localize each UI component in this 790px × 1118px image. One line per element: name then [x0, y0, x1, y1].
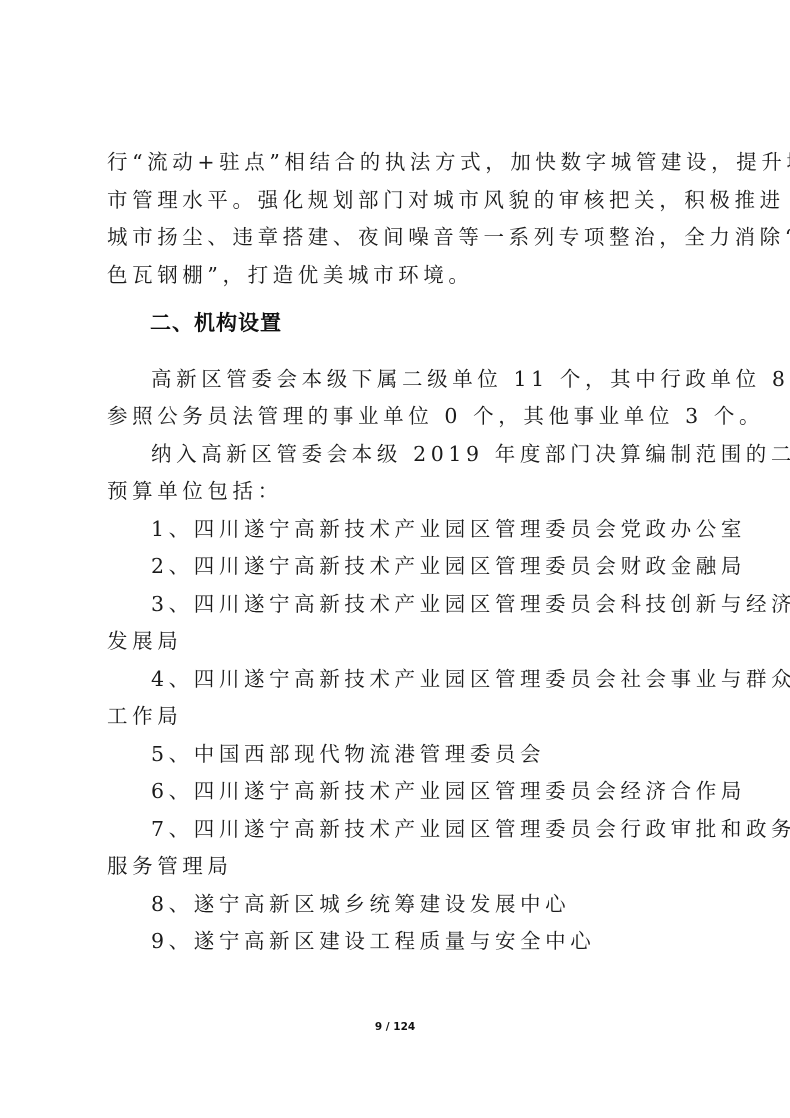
list-item: 4、四川遂宁高新技术产业园区管理委员会社会事业与群众 工作局 — [107, 661, 707, 736]
text-line: 行“流动+驻点”相结合的执法方式，加快数字城管建设，提升城 — [107, 144, 707, 182]
list-item-text: 5、中国西部现代物流港管理委员会 — [107, 736, 707, 774]
text-line: 城市扬尘、违章搭建、夜间噪音等一系列专项整治，全力消除“蓝 — [107, 219, 707, 257]
list-item-text: 6、四川遂宁高新技术产业园区管理委员会经济合作局 — [107, 773, 707, 811]
intro-paragraph: 行“流动+驻点”相结合的执法方式，加快数字城管建设，提升城 市管理水平。强化规划… — [107, 144, 707, 294]
paragraph-budget-scope: 纳入高新区管委会本级 2019 年度部门决算编制范围的二级 预算单位包括： — [107, 436, 707, 511]
document-page: 行“流动+驻点”相结合的执法方式，加快数字城管建设，提升城 市管理水平。强化规划… — [107, 144, 707, 961]
list-item-text-continued: 服务管理局 — [107, 848, 707, 886]
text-line: 高新区管委会本级下属二级单位 11 个，其中行政单位 8 个， — [107, 361, 707, 399]
list-item-text: 1、四川遂宁高新技术产业园区管理委员会党政办公室 — [107, 511, 707, 549]
list-item-text: 4、四川遂宁高新技术产业园区管理委员会社会事业与群众 — [107, 661, 707, 699]
list-item-text-continued: 发展局 — [107, 623, 707, 661]
list-item-text: 2、四川遂宁高新技术产业园区管理委员会财政金融局 — [107, 548, 707, 586]
list-item-text: 3、四川遂宁高新技术产业园区管理委员会科技创新与经济 — [107, 586, 707, 624]
text-line: 市管理水平。强化规划部门对城市风貌的审核把关，积极推进 — [107, 182, 707, 220]
paragraph-unit-count: 高新区管委会本级下属二级单位 11 个，其中行政单位 8 个， 参照公务员法管理… — [107, 361, 707, 436]
text-line: 参照公务员法管理的事业单位 0 个，其他事业单位 3 个。 — [107, 398, 707, 436]
text-line: 纳入高新区管委会本级 2019 年度部门决算编制范围的二级 — [107, 436, 707, 474]
list-item: 8、遂宁高新区城乡统筹建设发展中心 — [107, 886, 707, 924]
list-item: 3、四川遂宁高新技术产业园区管理委员会科技创新与经济 发展局 — [107, 586, 707, 661]
list-item-text-continued: 工作局 — [107, 698, 707, 736]
list-item: 7、四川遂宁高新技术产业园区管理委员会行政审批和政务 服务管理局 — [107, 811, 707, 886]
unit-list: 1、四川遂宁高新技术产业园区管理委员会党政办公室 2、四川遂宁高新技术产业园区管… — [107, 511, 707, 961]
text-line: 色瓦钢棚”，打造优美城市环境。 — [107, 257, 707, 295]
list-item: 9、遂宁高新区建设工程质量与安全中心 — [107, 923, 707, 961]
list-item-text: 9、遂宁高新区建设工程质量与安全中心 — [107, 923, 707, 961]
list-item: 1、四川遂宁高新技术产业园区管理委员会党政办公室 — [107, 511, 707, 549]
list-item: 6、四川遂宁高新技术产业园区管理委员会经济合作局 — [107, 773, 707, 811]
list-item-text: 8、遂宁高新区城乡统筹建设发展中心 — [107, 886, 707, 924]
list-item: 5、中国西部现代物流港管理委员会 — [107, 736, 707, 774]
list-item-text: 7、四川遂宁高新技术产业园区管理委员会行政审批和政务 — [107, 811, 707, 849]
list-item: 2、四川遂宁高新技术产业园区管理委员会财政金融局 — [107, 548, 707, 586]
section-heading: 二、机构设置 — [107, 305, 707, 343]
text-line: 预算单位包括： — [107, 473, 707, 511]
page-number: 9 / 124 — [0, 1021, 790, 1033]
